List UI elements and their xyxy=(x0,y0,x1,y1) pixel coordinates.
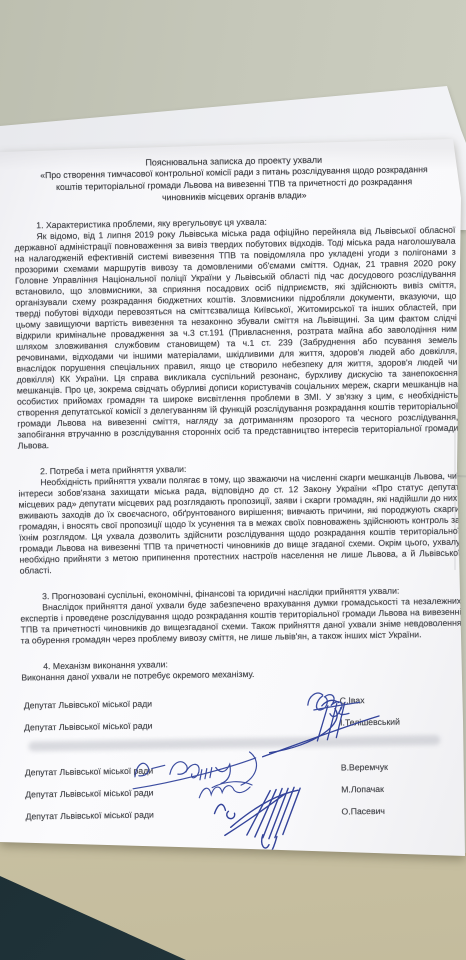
paper-crease xyxy=(454,430,456,570)
section-4-heading: 4. Механізм виконання ухвали: xyxy=(21,655,462,673)
signature-block: Депутат Львівської міської ради С.Івах Д… xyxy=(22,691,466,873)
signatory-name: О.Пасевич xyxy=(341,806,385,818)
signature-pasevych xyxy=(214,787,301,857)
section-2-body: Необхідність прийняття ухвали полягає в … xyxy=(18,471,461,577)
document-photo: Пояснювальна записка до проекту ухвали «… xyxy=(0,0,466,960)
section-3-heading: 3. Прогнозовані суспільні, економічні, ф… xyxy=(20,585,461,603)
signatory-role: Депутат Львівської міської ради xyxy=(24,721,152,734)
signatory-row: Депутат Львівської міської ради І.Теліше… xyxy=(22,716,463,723)
signature-veremchuk xyxy=(133,752,257,789)
signatory-row: Депутат Львівської міської ради М.Лопача… xyxy=(23,783,464,790)
signatory-role: Депутат Львівської міської ради xyxy=(25,766,153,779)
document-page-wrap: Пояснювальна записка до проекту ухвали «… xyxy=(0,0,466,960)
signature-telishevskyi xyxy=(262,700,380,757)
section-3-body: Внаслідок прийняття даної ухвали буде за… xyxy=(20,596,462,647)
signature-lopachak xyxy=(199,781,252,797)
signatory-name: І.Телішевський xyxy=(340,717,400,729)
signatory-row: Депутат Львівської міської ради С.Івах xyxy=(22,694,463,701)
section-1-heading: 1. Характеристика проблеми, яку врегульо… xyxy=(14,214,455,232)
signatory-role: Депутат Львівської міської ради xyxy=(25,809,153,822)
signatory-role: Депутат Львівської міської ради xyxy=(25,788,153,801)
signatory-name: М.Лопачак xyxy=(341,784,384,796)
signatory-name: С.Івах xyxy=(340,695,365,706)
signatory-role: Депутат Львівської міської ради xyxy=(24,699,152,712)
document-page: Пояснювальна записка до проекту ухвали «… xyxy=(0,0,466,960)
signatory-name: В.Веремчук xyxy=(341,762,388,774)
section-2-heading: 2. Потреба і мета прийняття ухвали: xyxy=(18,460,459,478)
signatory-row: Депутат Львівської міської ради О.Пасеви… xyxy=(23,805,464,812)
signature-ivakh xyxy=(308,692,360,717)
section-1-body: Як відомо, від 1 липня 2019 року Львівсь… xyxy=(14,225,458,452)
signatory-row: Депутат Львівської міської ради В.Веремч… xyxy=(23,761,464,768)
blurred-row xyxy=(28,735,440,751)
document-subtitle: «Про створення тимчасової контрольної ко… xyxy=(33,164,436,206)
section-4-body: Виконання даної ухвали не потребує окрем… xyxy=(21,666,462,684)
document-content: Пояснювальна записка до проекту ухвали «… xyxy=(13,140,462,684)
handwritten-signatures xyxy=(21,669,465,876)
document-title: Пояснювальна записка до проекту ухвали xyxy=(13,140,454,171)
